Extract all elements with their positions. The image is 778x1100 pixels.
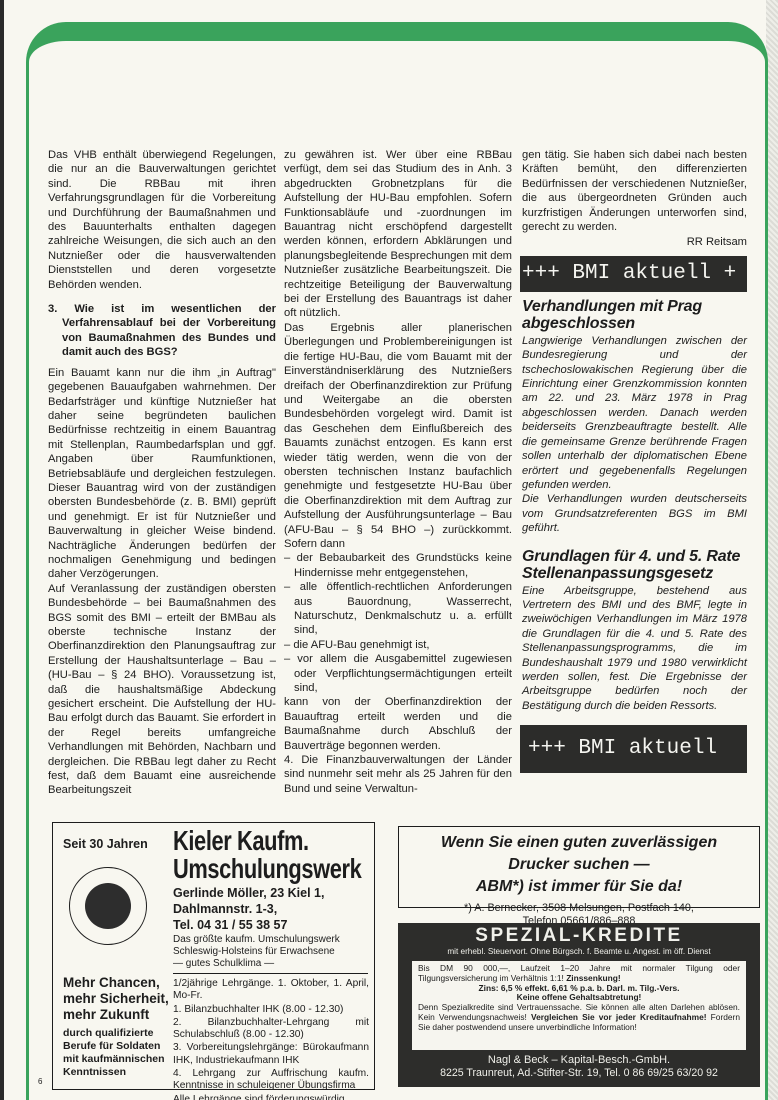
ad-address: Gerlinde Möller, 23 Kiel 1, Dahlmannstr.… — [173, 885, 324, 933]
slogan-line: mehr Sicherheit, — [63, 991, 169, 1007]
ad-title-line: Umschulungswerk — [173, 855, 361, 883]
course-item: 2. Bilanzbuchhalter-Lehrgang mit Schulab… — [173, 1017, 369, 1042]
article-column-1: Das VHB enthält überwiegend Regelungen, … — [48, 148, 276, 798]
news-paragraph: Eine Arbeitsgruppe, bestehend aus Vertre… — [522, 584, 747, 714]
article-paragraph: Das Ergebnis aller planerischen Überlegu… — [284, 321, 512, 552]
desc-line: Das größte kaufm. Umschulungswerk — [173, 934, 340, 946]
article-paragraph: 4. Die Finanzbauverwaltungen der Länder … — [284, 753, 512, 796]
company-address: 8225 Traunreut, Ad.-Stifter-Str. 19, Tel… — [398, 1067, 760, 1080]
ad-since-label: Seit 30 Jahren — [63, 837, 148, 851]
bmi-aktuell-banner: +++ BMI aktuell — [520, 725, 747, 773]
course-item: 3. Vorbereitungslehrgänge: Bürokaufmann … — [173, 1042, 369, 1067]
sub-line: Berufe für Soldaten — [63, 1040, 165, 1053]
headline-line: Wenn Sie einen guten zuverlässigen — [399, 832, 759, 854]
course-item: 1/2jährige Lehrgänge. 1. Oktober, 1. Apr… — [173, 978, 369, 1003]
address-line: Dahlmannstr. 1-3, — [173, 901, 324, 917]
ad-slogan: Mehr Chancen, mehr Sicherheit, mehr Zuku… — [63, 975, 169, 1023]
article-paragraph: Auf Veranlassung der zuständigen oberste… — [48, 582, 276, 798]
target-dot-icon — [85, 883, 131, 929]
article-column-2: zu gewähren ist. Wer über eine RBBau ver… — [284, 148, 512, 796]
bmi-aktuell-banner: +++ BMI aktuell + — [520, 256, 747, 292]
slogan-line: mehr Zukunft — [63, 1007, 169, 1023]
contact-line: *) A. Bernecker, 3508 Melsungen, Postfac… — [399, 902, 759, 915]
sub-line: mit kaufmännischen — [63, 1053, 165, 1066]
desc-line: — gutes Schulklima — — [173, 958, 340, 970]
article-column-3: gen tätig. Sie haben sich dabei nach bes… — [522, 148, 747, 779]
ad-kieler-umschulungswerk: Seit 30 Jahren Kieler Kaufm. Umschulungs… — [52, 822, 375, 1090]
article-paragraph: gen tätig. Sie haben sich dabei nach bes… — [522, 148, 747, 234]
phone-number: Tel. 04 31 / 55 38 57 — [173, 917, 324, 933]
ad-paragraph: Bis DM 90 000,—, Laufzeit 1–20 Jahre mit… — [418, 964, 740, 984]
page-edge-left — [0, 0, 4, 1100]
sub-line: Kenntnissen — [63, 1066, 165, 1079]
ad-spezial-kredite: SPEZIAL-KREDITE mit erhebl. Steuervort. … — [398, 923, 760, 1087]
ad-paragraph: Denn Spezialkredite sind Vertrauenssache… — [418, 1003, 740, 1032]
list-item: – der Bebaubarkeit des Grundstücks keine… — [284, 551, 512, 580]
sub-line: durch qualifizierte — [63, 1027, 165, 1040]
ad-abm-drucker: Wenn Sie einen guten zuverlässigen Druck… — [398, 826, 760, 908]
ad-title: Kieler Kaufm. Umschulungswerk — [173, 827, 361, 883]
article-paragraph: Ein Bauamt kann nur die ihm „in Auftrag"… — [48, 366, 276, 582]
ad-title: SPEZIAL-KREDITE — [398, 926, 760, 946]
ad-headline: Wenn Sie einen guten zuverlässigen Druck… — [399, 832, 759, 898]
target-circle-icon — [69, 867, 147, 945]
course-list: 1/2jährige Lehrgänge. 1. Oktober, 1. Apr… — [173, 978, 369, 1100]
condition-list: – der Bebaubarkeit des Grundstücks keine… — [284, 551, 512, 695]
news-paragraph: Die Verhandlungen wurden deutscherseits … — [522, 492, 747, 535]
page-number: 6 — [38, 1077, 42, 1086]
article-paragraph: kann von der Oberfinanzdirektion der Bau… — [284, 695, 512, 753]
section-heading: 3. Wie ist im wesentlichen der Verfahren… — [48, 302, 276, 360]
headline-line: ABM*) ist immer für Sie da! — [399, 876, 759, 898]
ad-subtext: durch qualifizierte Berufe für Soldaten … — [63, 1027, 165, 1079]
ad-description: Das größte kaufm. Umschulungswerk Schles… — [173, 934, 340, 970]
headline-line: Drucker suchen — — [399, 854, 759, 876]
news-paragraph: Langwierige Verhandlungen zwischen der B… — [522, 334, 747, 492]
author-signature: RR Reitsam — [522, 235, 747, 249]
course-item: 4. Lehrgang zur Auffrischung kaufm. Kenn… — [173, 1068, 369, 1093]
desc-line: Schleswig-Holsteins für Erwachsene — [173, 946, 340, 958]
article-paragraph: zu gewähren ist. Wer über eine RBBau ver… — [284, 148, 512, 321]
list-item: – die AFU-Bau genehmigt ist, — [284, 638, 512, 652]
ad-title-line: Kieler Kaufm. — [173, 827, 361, 855]
course-item: 1. Bilanzbuchhalter IHK (8.00 - 12.30) — [173, 1004, 369, 1016]
ad-body: Bis DM 90 000,—, Laufzeit 1–20 Jahre mit… — [412, 961, 746, 1050]
divider — [173, 973, 368, 974]
news-headline: Grundlagen für 4. und 5. Rate Stellenanp… — [522, 548, 747, 582]
article-paragraph: Das VHB enthält überwiegend Regelungen, … — [48, 148, 276, 292]
news-headline: Verhandlungen mit Prag abgeschlossen — [522, 298, 747, 332]
address-line: Gerlinde Möller, 23 Kiel 1, — [173, 885, 324, 901]
ad-subtitle: mit erhebl. Steuervort. Ohne Bürgsch. f.… — [398, 947, 760, 957]
list-item: – vor allem die Ausgabemittel zugewiesen… — [284, 652, 512, 695]
list-item: – alle öffentlich-rechtlichen Anforderun… — [284, 580, 512, 638]
company-name: Nagl & Beck – Kapital-Besch.-GmbH. — [398, 1054, 760, 1067]
course-item: Alle Lehrgänge sind förderungswürdig. — [173, 1094, 369, 1100]
slogan-line: Mehr Chancen, — [63, 975, 169, 991]
